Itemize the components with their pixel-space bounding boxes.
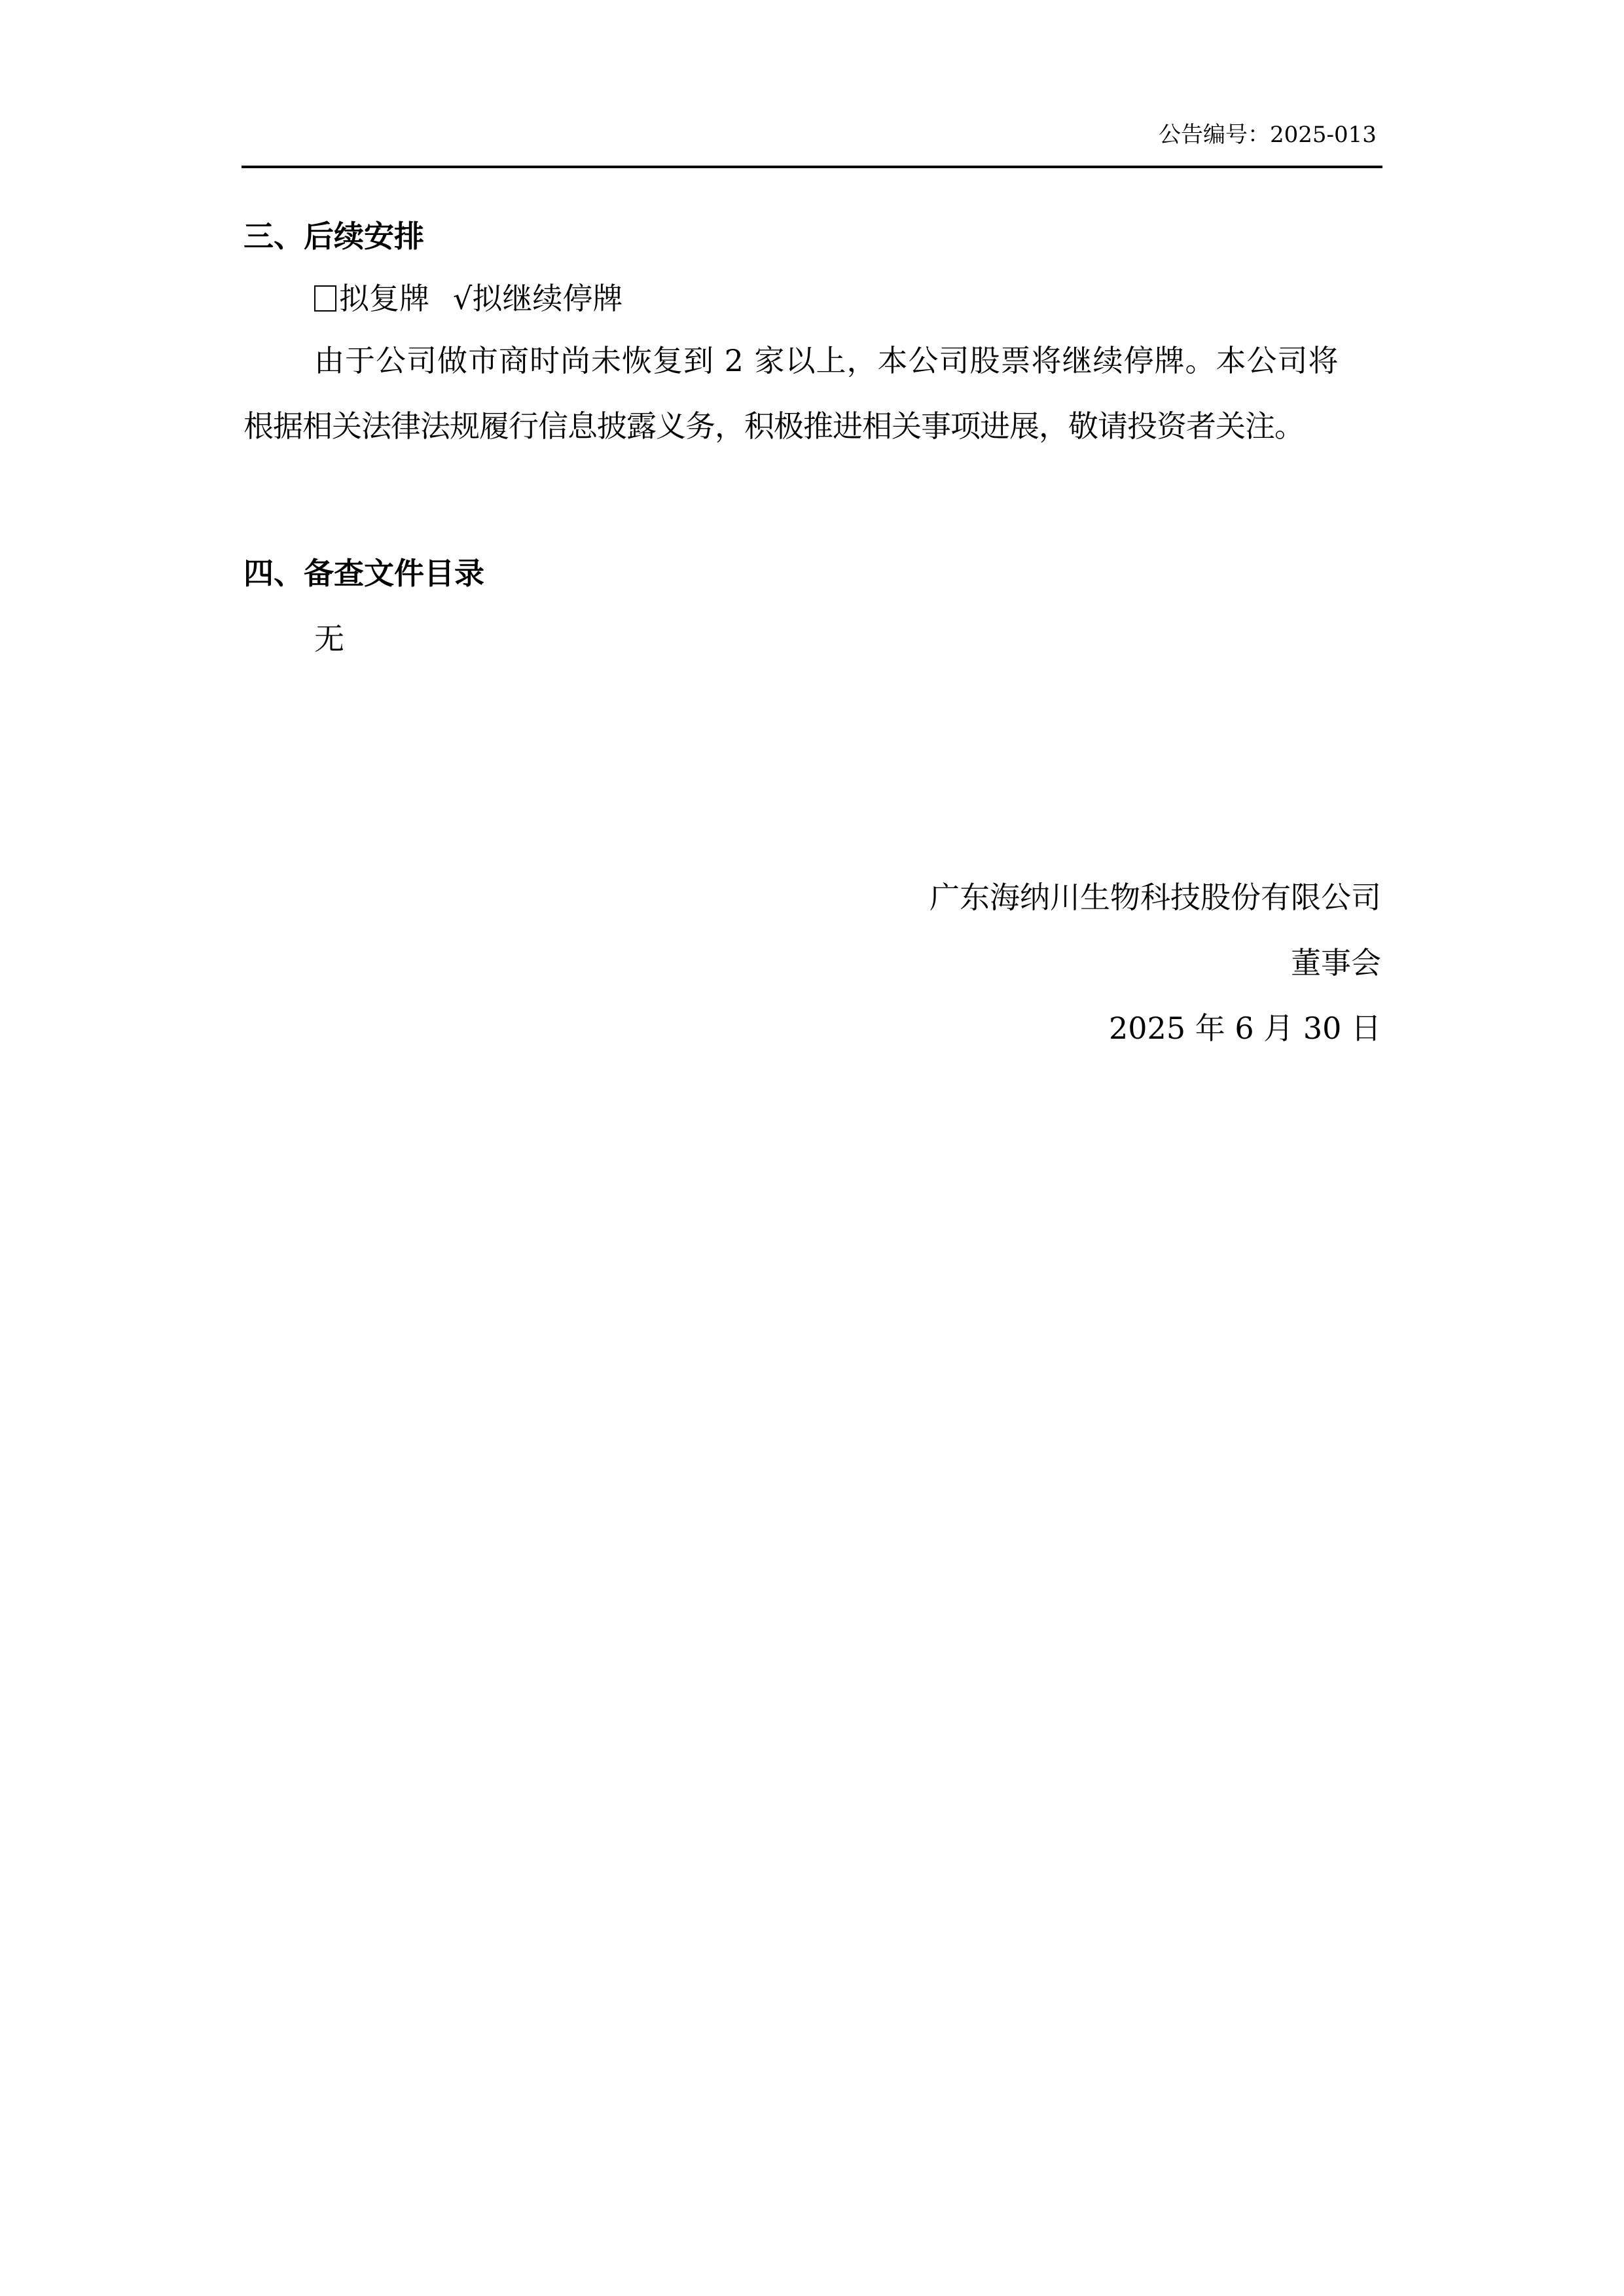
resumption-options: 拟复牌√拟继续停牌 xyxy=(314,275,623,318)
section-heading-follow-up: 三、后续安排 xyxy=(244,213,424,256)
reference-docs-content: 无 xyxy=(314,615,344,658)
unchecked-box-icon xyxy=(314,285,336,312)
paragraph-line: 由于公司做市商时尚未恢复到 2 家以上，本公司股票将继续停牌。本公司将 xyxy=(314,337,1339,380)
option-label-resume: 拟复牌 xyxy=(339,281,429,316)
announcement-number: 公告编号：2025-013 xyxy=(1159,117,1377,149)
checkmark-icon: √ xyxy=(453,281,472,316)
option-label-continue-suspension: 拟继续停牌 xyxy=(472,281,623,316)
header-divider xyxy=(242,166,1382,168)
section-heading-reference-docs: 四、备查文件目录 xyxy=(244,550,484,593)
signature-date: 2025 年 6 月 30 日 xyxy=(1109,1005,1381,1048)
signature-company: 广东海纳川生物科技股份有限公司 xyxy=(929,874,1381,917)
signature-board: 董事会 xyxy=(1291,939,1381,982)
paragraph-line: 根据相关法律法规履行信息披露义务，积极推进相关事项进展，敬请投资者关注。 xyxy=(244,403,1304,446)
